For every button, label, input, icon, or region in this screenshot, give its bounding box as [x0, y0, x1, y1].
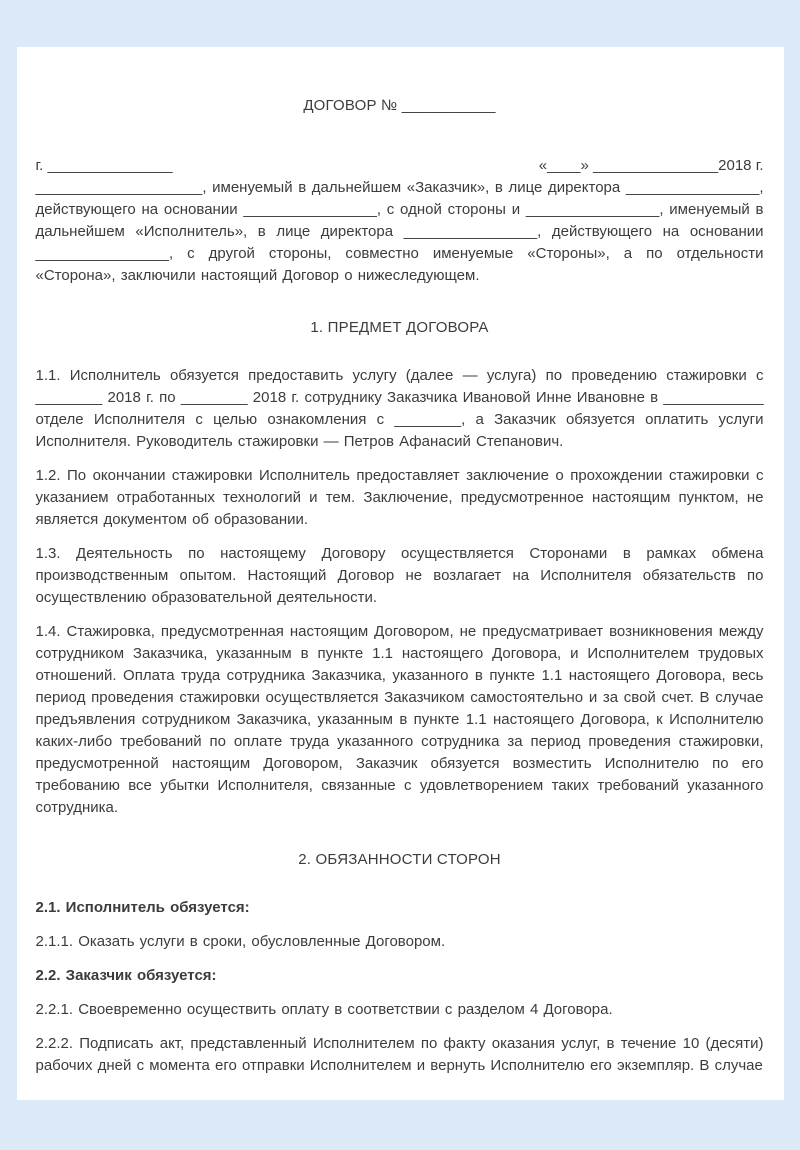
clause-1-2: 1.2. По окончании стажировки Исполнитель…	[36, 465, 764, 531]
section-2-heading: 2. ОБЯЗАННОСТИ СТОРОН	[36, 849, 764, 871]
contract-page: ДОГОВОР № ___________ г. _______________…	[17, 47, 784, 1100]
clause-2-2-2: 2.2.2. Подписать акт, представленный Исп…	[36, 1033, 764, 1077]
intro-paragraph: ____________________, именуемый в дальне…	[36, 177, 764, 287]
place-date-row: г. _______________ «____» ______________…	[36, 155, 764, 177]
clause-1-4: 1.4. Стажировка, предусмотренная настоящ…	[36, 621, 764, 819]
clause-2-1: 2.1. Исполнитель обязуется:	[36, 897, 764, 919]
date-field: «____» _______________2018 г.	[539, 155, 764, 177]
clause-1-3: 1.3. Деятельность по настоящему Договору…	[36, 543, 764, 609]
contract-title: ДОГОВОР № ___________	[36, 95, 764, 117]
clause-1-1: 1.1. Исполнитель обязуется предоставить …	[36, 365, 764, 453]
clause-2-1-1: 2.1.1. Оказать услуги в сроки, обусловле…	[36, 931, 764, 953]
place-field: г. _______________	[36, 155, 173, 177]
clause-2-2: 2.2. Заказчик обязуется:	[36, 965, 764, 987]
clause-2-2-1: 2.2.1. Своевременно осуществить оплату в…	[36, 999, 764, 1021]
section-1-heading: 1. ПРЕДМЕТ ДОГОВОРА	[36, 317, 764, 339]
